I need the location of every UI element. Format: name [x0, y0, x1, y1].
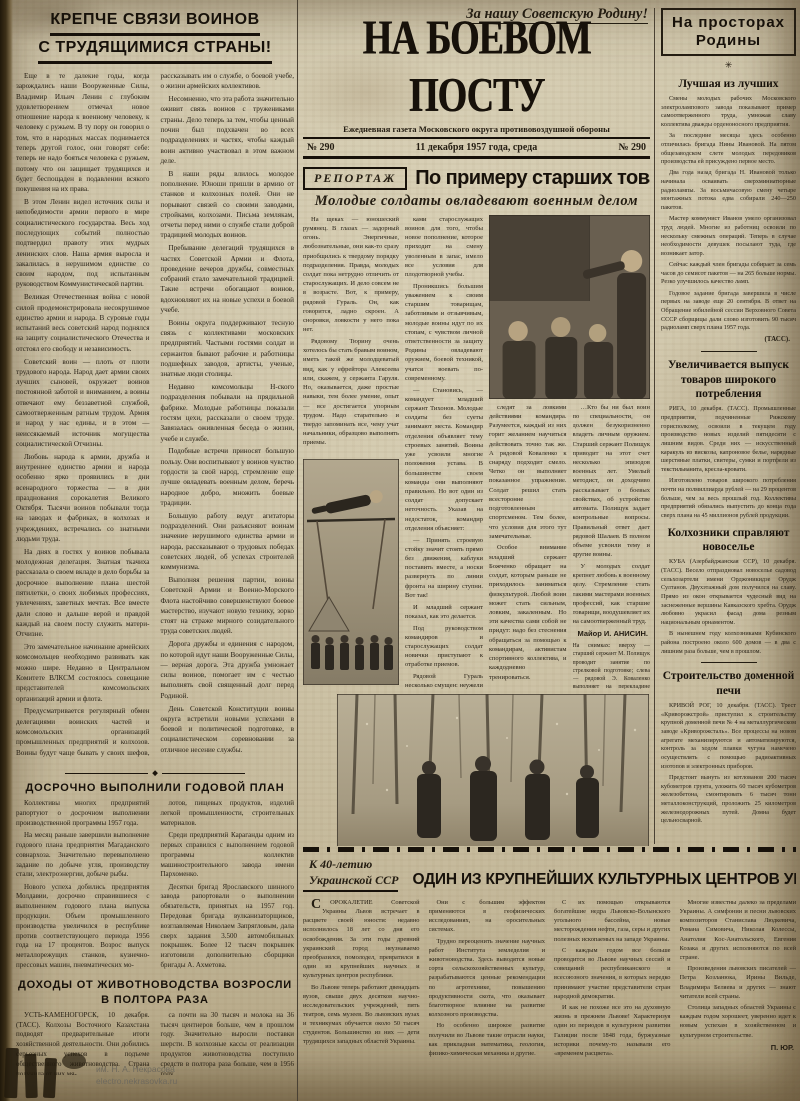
scan-binding-edge: [0, 0, 13, 1101]
paragraph: Рядовой Гураль несколько смущен: неужели…: [405, 672, 483, 689]
article-divider: [701, 351, 757, 352]
issue-date: 11 декабря 1957 года, среда: [416, 142, 537, 153]
paragraph: …Кто бы ни был воин по специальности, он…: [573, 403, 651, 560]
paragraph: Несомненно, что эта работа значительно о…: [161, 94, 295, 166]
author-signature: Майор И. АНИСИН.: [573, 629, 649, 640]
paragraph: лотов, пищевых продуктов, изделий легкой…: [161, 799, 295, 828]
paragraph: Особое внимание младший сержант Божченко…: [489, 543, 567, 681]
editorial-headline-line2: С ТРУДЯЩИМИСЯ СТРАНЫ!: [38, 36, 271, 64]
paragraph: Два года назад бригада Н. Ивановой тольк…: [661, 169, 796, 212]
paragraph: КРИВОЙ РОГ, 10 декабря. (ТАСС). Трест «К…: [661, 702, 796, 771]
rubric-title-box: На просторах Родины: [661, 8, 796, 56]
paragraph: Смены молодых рабочих Московского электр…: [661, 95, 796, 130]
main-article-column-2: ками старослужащих воинов для того, чтоб…: [405, 215, 483, 689]
paragraph: — Принять строевую стойку значит стоять …: [405, 536, 483, 601]
paragraph: РИГА, 10 декабря. (ТАСС). Промышленные п…: [661, 405, 796, 474]
article-divider: [701, 662, 757, 663]
kicker-box: РЕПОРТАЖ: [303, 167, 407, 190]
luchshaya-body: Смены молодых рабочих Московского электр…: [661, 95, 796, 333]
domna-headline: Строительство доменной печи: [661, 669, 796, 698]
paragraph: В наши ряды влилось молодое пополнение. …: [161, 169, 295, 241]
paragraph: са почти на 30 тысяч и молока на 36 тыся…: [161, 1011, 295, 1075]
paragraph: Среди предприятий Караганды одним из пер…: [161, 831, 295, 880]
dashed-rule: [303, 847, 796, 852]
scan-ink-mark: [4, 1048, 19, 1098]
dohody-headline-line1: ДОХОДЫ ОТ ЖИВОТНОВОДСТВА ВОЗРОСЛИ: [16, 978, 294, 992]
paragraph: Но особенно широкое развитие получили во…: [429, 1021, 546, 1057]
ukraine-section: К 40-летию Украинской ССР ОДИН ИЗ КРУПНЕ…: [303, 847, 796, 1101]
snow-march-photo-illustration: [337, 694, 649, 846]
paragraph: Пребывание делегаций трудящихся в частях…: [161, 243, 295, 315]
paragraph: Сейчас каждый член бригады собирает за с…: [661, 261, 796, 287]
paragraph: Изготовлено товаров широкого потребления…: [661, 477, 796, 520]
paragraph: На месяц раньше завершили выполнение год…: [16, 831, 150, 880]
paragraph: Великая Отечественная война с новой сило…: [16, 292, 150, 354]
rodina-rubric-section: На просторах Родины ✳ Лучшая из лучших С…: [661, 8, 796, 844]
gymnast-photo-illustration: [303, 459, 399, 685]
dosrochno-body: Коллективы многих предприятий рапортуют …: [16, 799, 294, 975]
paragraph: В нынешнем году колхозниками Кубинского …: [661, 630, 796, 656]
column-text: На щеках — юношеский румянец. В глазах —…: [303, 215, 399, 455]
paragraph: Они с большим эффектом применяются в гео…: [429, 898, 546, 934]
paragraph: День Советской Конституции воины округа …: [161, 704, 295, 755]
novosele-headline: Колхозники справляют новоселье: [661, 526, 796, 555]
paragraph: Под руководством командиров и старослужа…: [405, 624, 483, 670]
ukraine-column-2: Они с большим эффектом применяются в гео…: [429, 898, 546, 1086]
main-article-columns: На щеках — юношеский румянец. В глазах —…: [303, 215, 650, 689]
paragraph: СОРОКАЛЕТИЕ Советской Украины Львов встр…: [303, 898, 420, 980]
column-rule: [654, 8, 655, 844]
library-watermark-line1: им. Н. А. Некрасова: [96, 1064, 177, 1075]
ukraine-headline: ОДИН ИЗ КРУПНЕЙШИХ КУЛЬТУРНЫХ ЦЕНТРОВ УК…: [412, 871, 796, 892]
main-article-column-3: следят за ловкими действиями командира. …: [489, 403, 567, 689]
editorial-body: Еще в те далекие годы, когда зарождались…: [16, 71, 294, 765]
paragraph: Нового успеха добились предприятия Молда…: [16, 883, 150, 971]
ornament-icon: ✳: [661, 59, 796, 72]
ukraine-column-3: С их помощью открываются богатейшие недр…: [554, 898, 671, 1086]
paragraph: За последние месяцы здесь особенно отлич…: [661, 132, 796, 167]
paragraph: следят за ловкими действиями командира. …: [489, 403, 567, 541]
paragraph: Любовь народа к армии, дружба и внутренн…: [16, 452, 150, 545]
report-header: РЕПОРТАЖ По примеру старших товарищей: [303, 167, 650, 190]
ukraine-kicker: К 40-летию Украинской ССР: [303, 857, 398, 892]
tass-credit: (ТАСС).: [661, 335, 790, 345]
main-article-subtitle: Молодые солдаты овладевают военным делом: [303, 193, 650, 210]
main-article-right-pair: следят за ловкими действиями командира. …: [489, 215, 650, 689]
main-article-title: По примеру старших товарищей: [415, 167, 650, 190]
issue-number-right: № 290: [618, 142, 646, 153]
column-text: Многие известны далеко за пределами Укра…: [680, 898, 797, 1039]
photo-rifle-training-class: [489, 215, 650, 399]
paragraph: С их помощью открываются богатейшие недр…: [554, 898, 671, 943]
paragraph: — Становись, — командует младший сержант…: [405, 386, 483, 534]
paragraph: Рядовому Тюрину очень хотелось бы стать …: [303, 337, 399, 448]
scan-ink-mark: [62, 1053, 86, 1069]
paragraph: С каждым годом все больше проводится во …: [554, 946, 671, 1001]
editorial-headline: КРЕПЧЕ СВЯЗИ ВОИНОВ С ТРУДЯЩИМИСЯ СТРАНЫ…: [16, 8, 294, 64]
dosrochno-headline: ДОСРОЧНО ВЫПОЛНИЛИ ГОДОВОЙ ПЛАН: [16, 781, 294, 795]
rubric-title-line2: Родины: [665, 32, 792, 50]
dosrochno-column-2: лотов, пищевых продуктов, изделий легкой…: [161, 799, 295, 975]
paragraph: Десятки бригад Ярославского шинного заво…: [161, 883, 295, 971]
dosrochno-column-1: Коллективы многих предприятий рапортуют …: [16, 799, 150, 975]
dohody-headline-line2: В ПОЛТОРА РАЗА: [16, 993, 294, 1007]
ukraine-column-4: Многие известны далеко за пределами Укра…: [680, 898, 797, 1086]
scan-ink-mark: [24, 1054, 38, 1098]
center-section: За нашу Советскую Родину! НА БОЕВОМ ПОСТ…: [303, 4, 650, 846]
paragraph: И младший сержант показал, как это делае…: [405, 603, 483, 621]
ukraine-author-signature: П. ЮР.: [680, 1043, 795, 1054]
column-rule: [297, 0, 298, 1101]
paragraph: Предстоит вынуть из котлованов 200 тысяч…: [661, 774, 796, 826]
dohody-column-2: са почти на 30 тысяч и молока на 36 тыся…: [161, 1011, 295, 1075]
column-text: ками старослужащих воинов для того, чтоб…: [405, 215, 483, 689]
paragraph: На щеках — юношеский румянец. В глазах —…: [303, 215, 399, 335]
paragraph: Проникшись большим уважением к своим ста…: [405, 282, 483, 383]
luchshaya-headline: Лучшая из лучших: [661, 77, 796, 91]
ukraine-header: К 40-летию Украинской ССР ОДИН ИЗ КРУПНЕ…: [303, 857, 796, 892]
ukraine-kicker-line2: Украинской ССР: [309, 873, 398, 889]
newspaper-title: НА БОЕВОМ ПОСТУ: [303, 10, 650, 125]
photo-soldiers-marching-in-snow: [337, 694, 649, 846]
ukraine-kicker-line1: К 40-летию: [309, 857, 398, 873]
ukraine-column-1: СОРОКАЛЕТИЕ Советской Украины Львов встр…: [303, 898, 420, 1086]
vypusk-headline: Увеличивается выпуск товаров широкого по…: [661, 358, 796, 401]
paragraph: Большую работу ведут агитаторы подраздел…: [161, 511, 295, 573]
main-article-columns-3-4: следят за ловкими действиями командира. …: [489, 403, 650, 689]
paragraph: Многие известны далеко за пределами Укра…: [680, 898, 797, 962]
paragraph: На днях в гостях у воинов побывала молод…: [16, 547, 150, 640]
paragraph: Это замечательное начинание армейских ко…: [16, 642, 150, 704]
dohody-headline: ДОХОДЫ ОТ ЖИВОТНОВОДСТВА ВОЗРОСЛИ В ПОЛТ…: [16, 978, 294, 1007]
main-article-column-1: На щеках — юношеский румянец. В глазах —…: [303, 215, 399, 689]
section-divider: ◆: [65, 770, 245, 777]
column-text: …Кто бы ни был воин по специальности, он…: [573, 403, 651, 627]
paragraph: Произведения львовских писателей — Петра…: [680, 964, 797, 1000]
paragraph: Дорога дружбы и единения с народом, по к…: [161, 639, 295, 701]
paragraph: Подобные встречи приносят большую пользу…: [161, 446, 295, 508]
paragraph: У молодых солдат крепнет любовь к военно…: [573, 562, 651, 627]
vypusk-body: РИГА, 10 декабря. (ТАСС). Промышленные п…: [661, 405, 796, 520]
paragraph: Воины округа поддерживают тесную связь с…: [161, 318, 295, 380]
paragraph: Еще в те далекие годы, когда зарождались…: [16, 71, 150, 195]
paragraph: ками старослужащих воинов для того, чтоб…: [405, 215, 483, 280]
paragraph: В этом Ленин видел источник силы и непоб…: [16, 197, 150, 290]
photo-caption: На снимках: вверху — старший сержант М. …: [573, 642, 651, 689]
domna-body: КРИВОЙ РОГ, 10 декабря. (ТАСС). Трест «К…: [661, 702, 796, 826]
paragraph: Коллективы многих предприятий рапортуют …: [16, 799, 150, 828]
editorial-headline-line1: КРЕПЧЕ СВЯЗИ ВОИНОВ: [50, 8, 259, 36]
library-watermark: им. Н. А. Некрасова electro.nekrasovka.r…: [96, 1064, 177, 1087]
paragraph: Мастер коммунист Иванов умело организова…: [661, 215, 796, 258]
paragraph: Годовое задание бригада завершила в числ…: [661, 290, 796, 333]
issue-number-left: № 290: [307, 142, 335, 153]
paragraph: Столица западных областей Украины с кажд…: [680, 1003, 797, 1039]
classroom-photo-illustration: [489, 215, 650, 399]
newspaper-page: КРЕПЧЕ СВЯЗИ ВОИНОВ С ТРУДЯЩИМИСЯ СТРАНЫ…: [0, 0, 800, 1101]
date-bar: № 290 11 декабря 1957 года, среда № 290: [303, 137, 650, 159]
column-text: следят за ловкими действиями командира. …: [489, 403, 567, 682]
paragraph: И как не похоже все это на духовную жизн…: [554, 1003, 671, 1058]
editorial-section: КРЕПЧЕ СВЯЗИ ВОИНОВ С ТРУДЯЩИМИСЯ СТРАНЫ…: [16, 8, 294, 1097]
paragraph: Трудно переоценить значение научных рабо…: [429, 937, 546, 1019]
novosele-body: КУБА (Азербайджанская ССР), 10 декабря. …: [661, 558, 796, 656]
paragraph: Во Львове теперь работают двенадцать вуз…: [303, 983, 420, 1047]
rubric-title-line1: На просторах: [665, 14, 792, 32]
photo-gymnast-on-bar: [303, 459, 399, 685]
scan-ink-mark: [43, 1058, 57, 1099]
ukraine-columns: СОРОКАЛЕТИЕ Советской Украины Львов встр…: [303, 898, 796, 1086]
paragraph: Недавно комсомольцы Н-ского подразделени…: [161, 382, 295, 444]
library-watermark-line2: electro.nekrasovka.ru: [96, 1076, 177, 1087]
paragraph: Выполняя решения партии, воины Советской…: [161, 575, 295, 637]
paragraph: Советский воин — плоть от плоти трудовог…: [16, 357, 150, 450]
paragraph: КУБА (Азербайджанская ССР), 10 декабря. …: [661, 558, 796, 627]
main-article-column-4: …Кто бы ни был воин по специальности, он…: [573, 403, 651, 689]
